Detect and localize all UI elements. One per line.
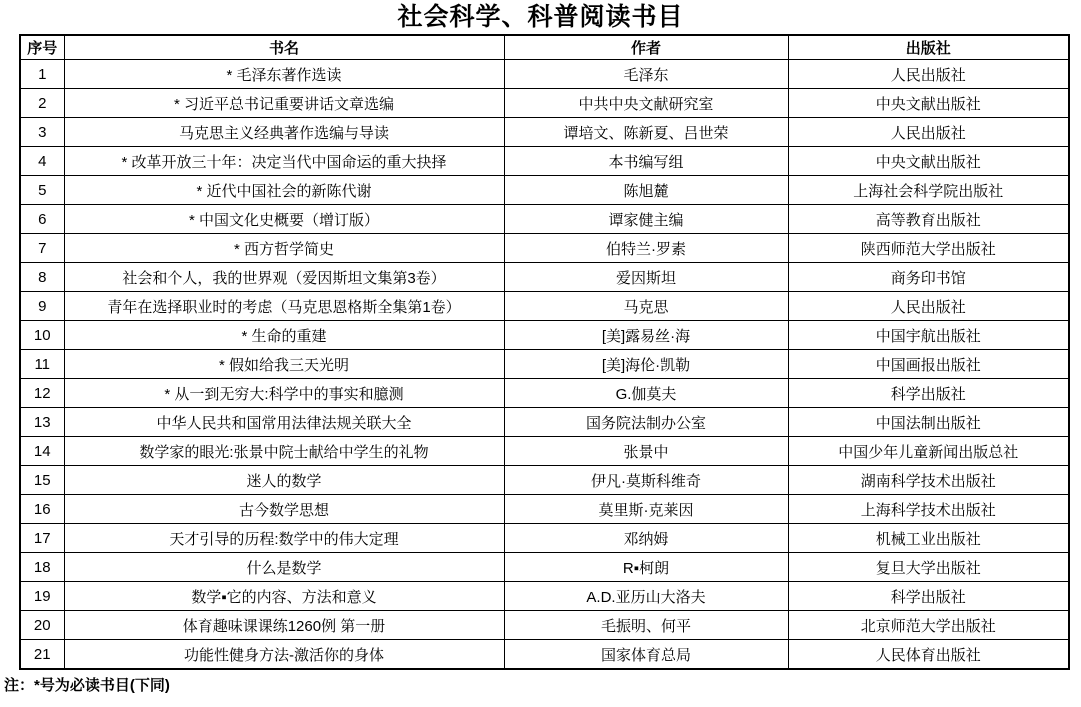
table-row: 5 * 近代中国社会的新陈代谢 陈旭麓 上海社会科学院出版社 [20,176,1069,205]
document-page: 社会科学、科普阅读书目 序号 书名 作者 出版社 1 * 毛泽东著作选读 毛泽东… [0,0,1081,707]
cell-publisher: 人民出版社 [788,60,1069,89]
cell-book-title: * 改革开放三十年：决定当代中国命运的重大抉择 [64,147,504,176]
cell-publisher: 中国宇航出版社 [788,321,1069,350]
cell-index: 14 [20,437,64,466]
table-row: 19 数学▪它的内容、方法和意义 A.D.亚历山大洛夫 科学出版社 [20,582,1069,611]
cell-book-title: * 从一到无穷大:科学中的事实和臆测 [64,379,504,408]
table-row: 20 体育趣味课课练1260例 第一册 毛振明、何平 北京师范大学出版社 [20,611,1069,640]
cell-author: 伊凡·莫斯科维奇 [504,466,788,495]
cell-book-title: 中华人民共和国常用法律法规关联大全 [64,408,504,437]
table-row: 21 功能性健身方法-激活你的身体 国家体育总局 人民体育出版社 [20,640,1069,670]
cell-publisher: 人民出版社 [788,292,1069,321]
cell-author: A.D.亚历山大洛夫 [504,582,788,611]
table-row: 18 什么是数学 R▪柯朗 复旦大学出版社 [20,553,1069,582]
cell-publisher: 中国法制出版社 [788,408,1069,437]
table-row: 12 * 从一到无穷大:科学中的事实和臆测 G.伽莫夫 科学出版社 [20,379,1069,408]
cell-index: 3 [20,118,64,147]
cell-book-title: 马克思主义经典著作选编与导读 [64,118,504,147]
table-row: 6 * 中国文化史概要（增订版） 谭家健主编 高等教育出版社 [20,205,1069,234]
cell-index: 1 [20,60,64,89]
cell-index: 21 [20,640,64,670]
table-row: 13 中华人民共和国常用法律法规关联大全 国务院法制办公室 中国法制出版社 [20,408,1069,437]
table-row: 17 天才引导的历程:数学中的伟大定理 邓纳姆 机械工业出版社 [20,524,1069,553]
cell-publisher: 中国少年儿童新闻出版总社 [788,437,1069,466]
cell-book-title: * 生命的重建 [64,321,504,350]
table-row: 16 古今数学思想 莫里斯·克莱因 上海科学技术出版社 [20,495,1069,524]
cell-book-title: * 假如给我三天光明 [64,350,504,379]
cell-book-title: 体育趣味课课练1260例 第一册 [64,611,504,640]
cell-book-title: * 西方哲学简史 [64,234,504,263]
cell-index: 7 [20,234,64,263]
cell-publisher: 复旦大学出版社 [788,553,1069,582]
table-row: 15 迷人的数学 伊凡·莫斯科维奇 湖南科学技术出版社 [20,466,1069,495]
cell-index: 13 [20,408,64,437]
table-row: 11 * 假如给我三天光明 [美]海伦·凯勒 中国画报出版社 [20,350,1069,379]
cell-publisher: 商务印书馆 [788,263,1069,292]
cell-author: [美]露易丝·海 [504,321,788,350]
cell-publisher: 高等教育出版社 [788,205,1069,234]
header-book-title: 书名 [64,35,504,60]
cell-index: 11 [20,350,64,379]
cell-book-title: 数学▪它的内容、方法和意义 [64,582,504,611]
table-body: 1 * 毛泽东著作选读 毛泽东 人民出版社 2 * 习近平总书记重要讲话文章选编… [20,60,1069,670]
header-row: 序号 书名 作者 出版社 [20,35,1069,60]
table-row: 9 青年在选择职业时的考虑（马克思恩格斯全集第1卷） 马克思 人民出版社 [20,292,1069,321]
cell-index: 8 [20,263,64,292]
cell-publisher: 科学出版社 [788,379,1069,408]
cell-index: 20 [20,611,64,640]
cell-author: 莫里斯·克莱因 [504,495,788,524]
required-reading-note: 注：*号为必读书目(下同) [4,674,1081,695]
cell-author: R▪柯朗 [504,553,788,582]
page-title: 社会科学、科普阅读书目 [0,0,1081,34]
cell-publisher: 人民体育出版社 [788,640,1069,670]
cell-book-title: 古今数学思想 [64,495,504,524]
cell-author: 本书编写组 [504,147,788,176]
cell-publisher: 上海社会科学院出版社 [788,176,1069,205]
cell-author: 谭家健主编 [504,205,788,234]
cell-publisher: 科学出版社 [788,582,1069,611]
cell-author: [美]海伦·凯勒 [504,350,788,379]
cell-publisher: 北京师范大学出版社 [788,611,1069,640]
table-row: 8 社会和个人，我的世界观（爱因斯坦文集第3卷） 爱因斯坦 商务印书馆 [20,263,1069,292]
cell-author: 国务院法制办公室 [504,408,788,437]
cell-book-title: 青年在选择职业时的考虑（马克思恩格斯全集第1卷） [64,292,504,321]
cell-index: 10 [20,321,64,350]
cell-index: 2 [20,89,64,118]
cell-index: 6 [20,205,64,234]
cell-publisher: 中央文献出版社 [788,147,1069,176]
cell-publisher: 湖南科学技术出版社 [788,466,1069,495]
cell-publisher: 中央文献出版社 [788,89,1069,118]
cell-author: 陈旭麓 [504,176,788,205]
table-row: 2 * 习近平总书记重要讲话文章选编 中共中央文献研究室 中央文献出版社 [20,89,1069,118]
cell-book-title: 迷人的数学 [64,466,504,495]
cell-book-title: 功能性健身方法-激活你的身体 [64,640,504,670]
cell-author: 马克思 [504,292,788,321]
cell-publisher: 人民出版社 [788,118,1069,147]
cell-book-title: * 中国文化史概要（增订版） [64,205,504,234]
cell-author: 张景中 [504,437,788,466]
table-row: 10 * 生命的重建 [美]露易丝·海 中国宇航出版社 [20,321,1069,350]
cell-book-title: * 毛泽东著作选读 [64,60,504,89]
header-author: 作者 [504,35,788,60]
cell-book-title: * 近代中国社会的新陈代谢 [64,176,504,205]
cell-author: 中共中央文献研究室 [504,89,788,118]
cell-publisher: 陕西师范大学出版社 [788,234,1069,263]
cell-index: 4 [20,147,64,176]
cell-publisher: 机械工业出版社 [788,524,1069,553]
cell-index: 18 [20,553,64,582]
header-index: 序号 [20,35,64,60]
cell-publisher: 中国画报出版社 [788,350,1069,379]
cell-book-title: * 习近平总书记重要讲话文章选编 [64,89,504,118]
table-header: 序号 书名 作者 出版社 [20,35,1069,60]
cell-author: 毛泽东 [504,60,788,89]
header-publisher: 出版社 [788,35,1069,60]
cell-author: 爱因斯坦 [504,263,788,292]
cell-author: 毛振明、何平 [504,611,788,640]
reading-list-table: 序号 书名 作者 出版社 1 * 毛泽东著作选读 毛泽东 人民出版社 2 * 习… [19,34,1070,670]
cell-book-title: 数学家的眼光:张景中院士献给中学生的礼物 [64,437,504,466]
cell-publisher: 上海科学技术出版社 [788,495,1069,524]
cell-author: 谭培文、陈新夏、吕世荣 [504,118,788,147]
cell-author: 伯特兰·罗素 [504,234,788,263]
cell-book-title: 社会和个人，我的世界观（爱因斯坦文集第3卷） [64,263,504,292]
cell-index: 19 [20,582,64,611]
cell-index: 5 [20,176,64,205]
cell-author: 邓纳姆 [504,524,788,553]
cell-book-title: 天才引导的历程:数学中的伟大定理 [64,524,504,553]
table-row: 1 * 毛泽东著作选读 毛泽东 人民出版社 [20,60,1069,89]
cell-index: 16 [20,495,64,524]
cell-author: 国家体育总局 [504,640,788,670]
cell-index: 12 [20,379,64,408]
table-row: 14 数学家的眼光:张景中院士献给中学生的礼物 张景中 中国少年儿童新闻出版总社 [20,437,1069,466]
cell-index: 9 [20,292,64,321]
table-row: 4 * 改革开放三十年：决定当代中国命运的重大抉择 本书编写组 中央文献出版社 [20,147,1069,176]
cell-book-title: 什么是数学 [64,553,504,582]
cell-author: G.伽莫夫 [504,379,788,408]
cell-index: 15 [20,466,64,495]
cell-index: 17 [20,524,64,553]
table-row: 7 * 西方哲学简史 伯特兰·罗素 陕西师范大学出版社 [20,234,1069,263]
table-row: 3 马克思主义经典著作选编与导读 谭培文、陈新夏、吕世荣 人民出版社 [20,118,1069,147]
